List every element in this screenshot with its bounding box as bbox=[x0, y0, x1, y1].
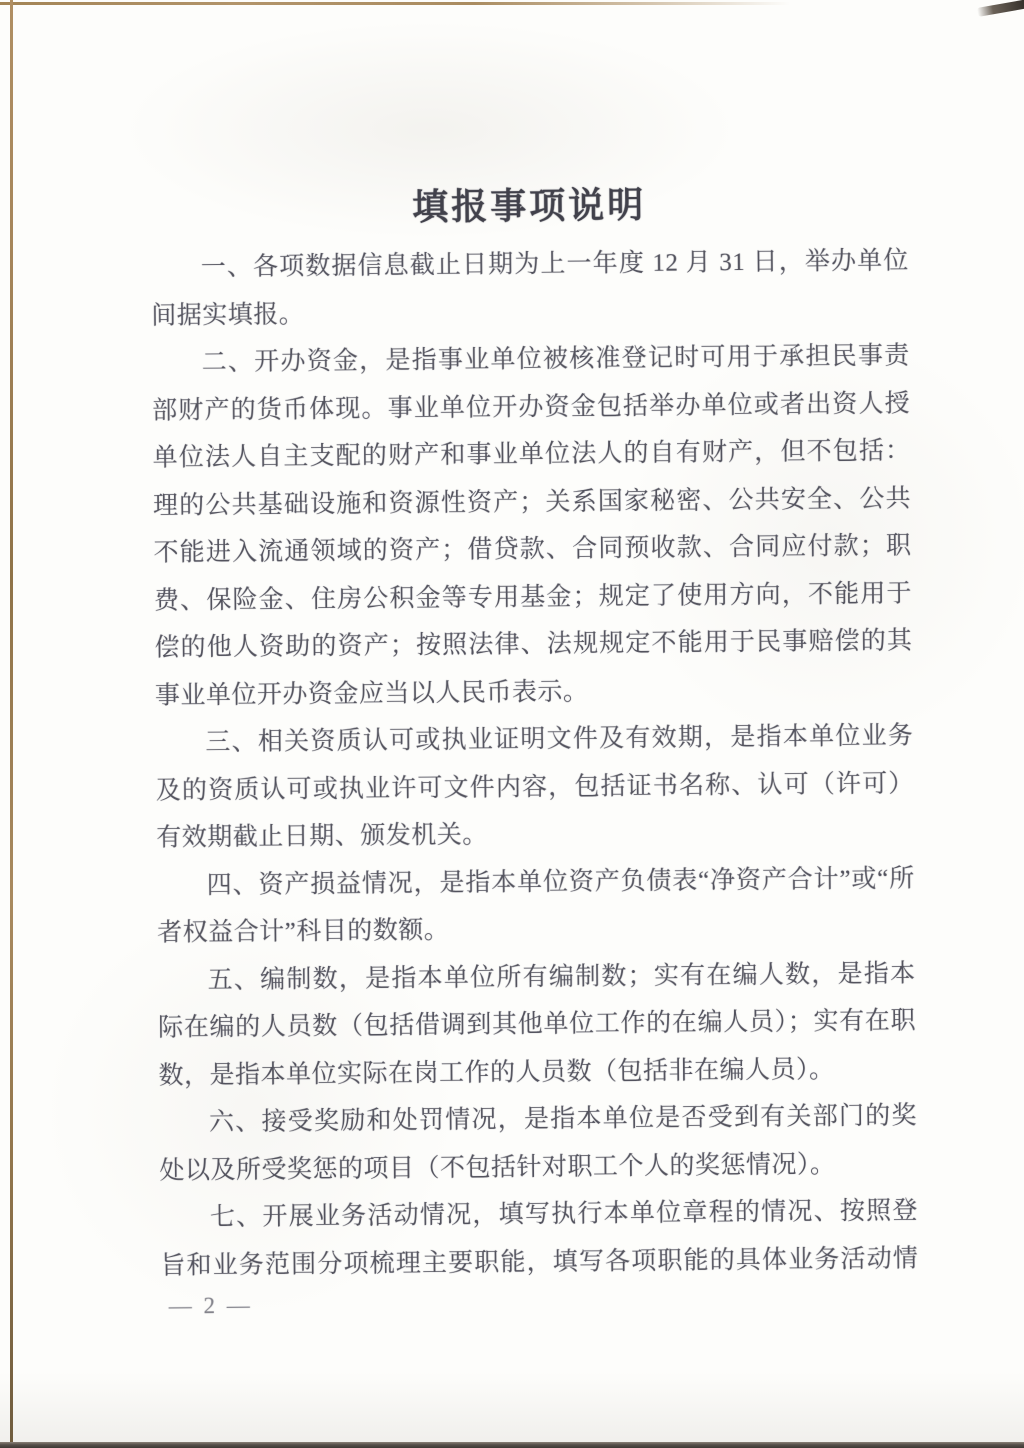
page-edge-left bbox=[10, 0, 13, 1448]
paragraph-line: 一、各项数据信息截止日期为上一年度 12 月 31 日，举办单位审查时 bbox=[151, 237, 909, 292]
paragraph-line: 有效期截止日期、颁发机关。 bbox=[156, 807, 914, 862]
paragraph-line: 部财产的货币体现。事业单位开办资金包括举办单位或者出资人授予事业 bbox=[152, 380, 910, 435]
corner-scan-mark bbox=[977, 0, 1024, 17]
paragraph-line: 旨和业务范围分项梳理主要职能，填写各项职能的具体业务活动情况、取 bbox=[160, 1235, 918, 1290]
paragraph-line: 数，是指本单位实际在岗工作的人员数（包括非在编人员）。 bbox=[158, 1045, 916, 1100]
document-content: 填报事项说明 一、各项数据信息截止日期为上一年度 12 月 31 日，举办单位审… bbox=[150, 178, 919, 1385]
page-edge-bottom bbox=[0, 1442, 1024, 1448]
page-number: — 2 — bbox=[169, 1293, 253, 1320]
paragraph-line: 事业单位开办资金应当以人民币表示。 bbox=[155, 665, 913, 720]
document-body: 一、各项数据信息截止日期为上一年度 12 月 31 日，举办单位审查时间据实填报… bbox=[151, 237, 919, 1289]
document-title: 填报事项说明 bbox=[150, 178, 908, 233]
paragraph-line: 际在编的人员数（包括借调到其他单位工作的在编人员）；实有在职人员 bbox=[158, 997, 916, 1052]
paragraph-line: 费、保险金、住房公积金等专用基金；规定了使用方向，不能用于民事赔 bbox=[154, 570, 912, 625]
scanned-page: 填报事项说明 一、各项数据信息截止日期为上一年度 12 月 31 日，举办单位审… bbox=[0, 0, 1024, 1448]
paragraph-line: 单位法人自主支配的财产和事业单位法人的自有财产，但不包括：代为管 bbox=[152, 427, 910, 482]
paragraph-line: 二、开办资金，是指事业单位被核准登记时可用于承担民事责任的全 bbox=[151, 332, 909, 387]
paragraph-line: 六、接受奖励和处罚情况，是指本单位是否受到有关部门的奖励和惩 bbox=[159, 1092, 917, 1147]
paragraph-line: 偿的他人资助的资产；按照法律、法规规定不能用于民事赔偿的其他资产。 bbox=[154, 617, 912, 672]
paragraph-line: 不能进入流通领域的资产；借贷款、合同预收款、合同应付款；职工福利 bbox=[153, 522, 911, 577]
scan-shading bbox=[0, 1372, 1024, 1442]
paragraph-line: 及的资质认可或执业许可文件内容，包括证书名称、认可（许可）范围、 bbox=[156, 760, 914, 815]
paragraph-line: 理的公共基础设施和资源性资产；关系国家秘密、公共安全、公共保障， bbox=[153, 475, 911, 530]
paragraph-line: 五、编制数，是指本单位所有编制数；实有在编人数，是指本单位实 bbox=[157, 950, 915, 1005]
paragraph-line: 处以及所受奖惩的项目（不包括针对职工个人的奖惩情况）。 bbox=[159, 1140, 917, 1195]
page-edge-top bbox=[0, 2, 790, 5]
paragraph-line: 四、资产损益情况，是指本单位资产负债表“净资产合计”或“所有 bbox=[157, 855, 915, 910]
paragraph-line: 间据实填报。 bbox=[151, 285, 909, 340]
paragraph-line: 三、相关资质认可或执业证明文件及有效期，是指本单位业务范围涉 bbox=[155, 712, 913, 767]
paragraph-line: 者权益合计”科目的数额。 bbox=[157, 902, 915, 957]
paragraph-line: 七、开展业务活动情况，填写执行本单位章程的情况、按照登记的宗 bbox=[160, 1187, 918, 1242]
